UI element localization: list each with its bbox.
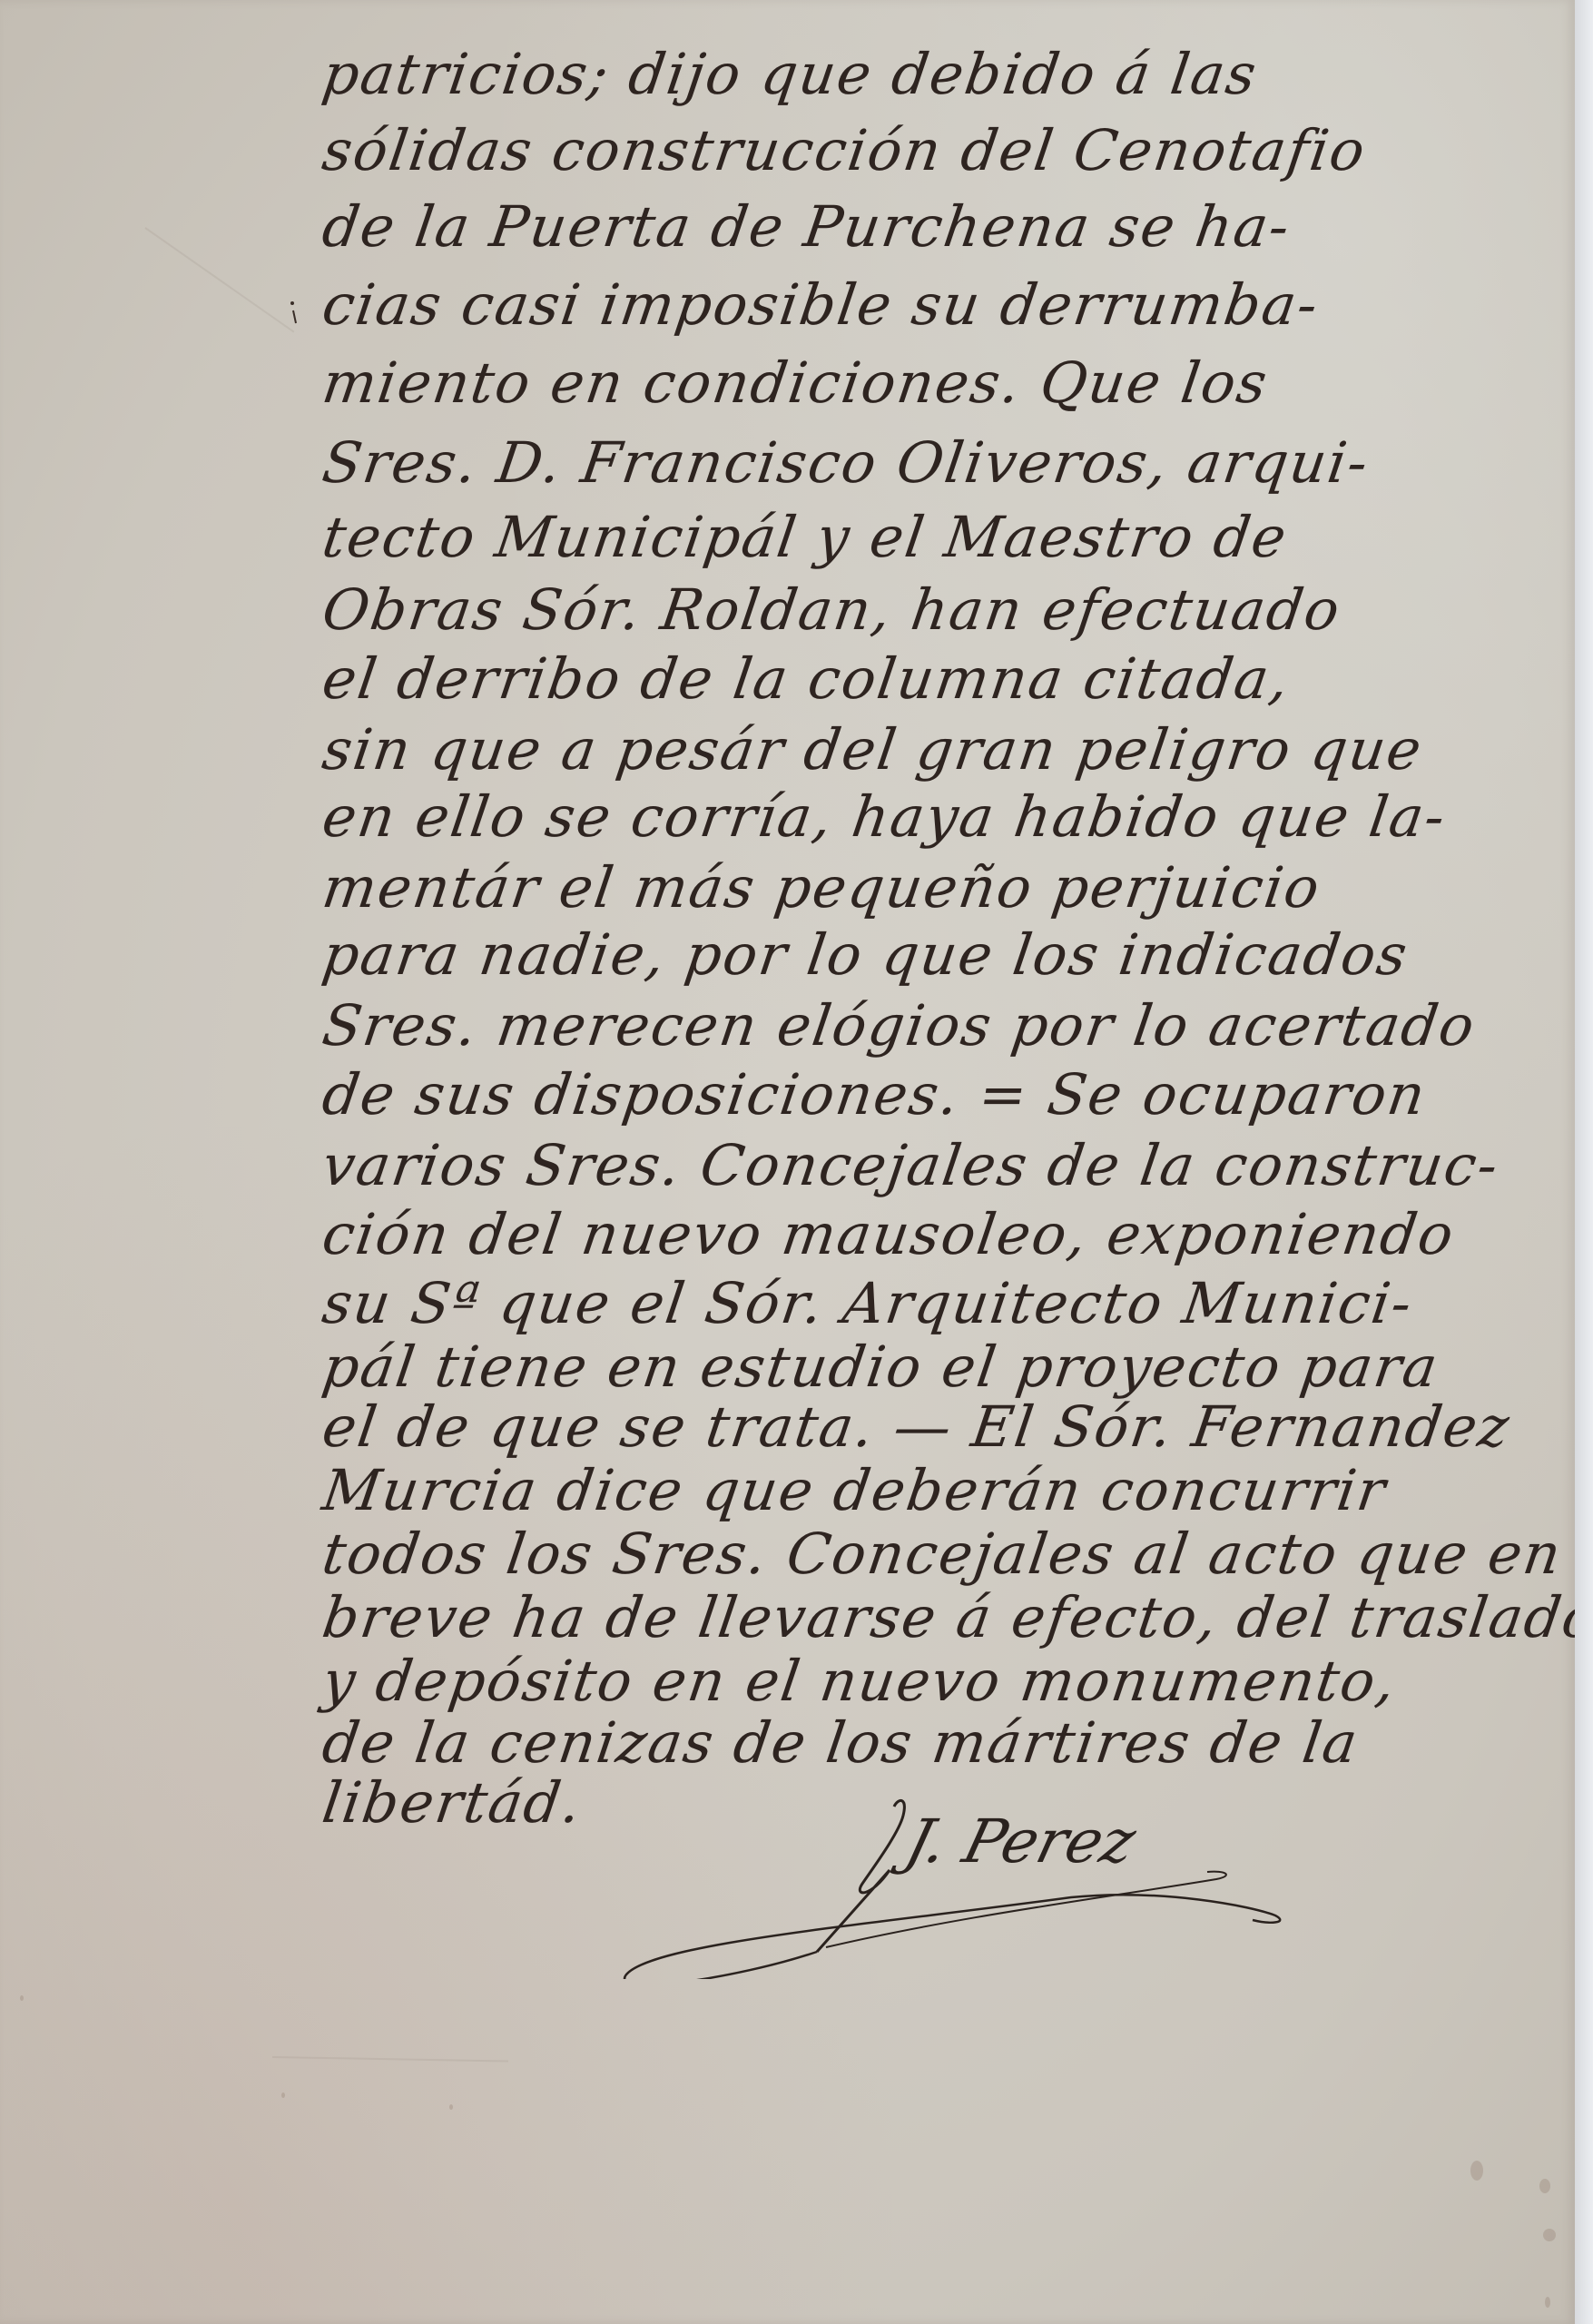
paper-stain [1543,2229,1556,2241]
text-line: Obras Sór. Roldan, han efectuado [318,572,1346,648]
margin-ink-mark [289,300,300,336]
paper-stain [1545,2297,1550,2308]
text-line: sólidas construcción del Cenotafio [318,113,1372,189]
manuscript-page: patricios; dijo que debido á las sólidas… [0,0,1575,2324]
text-line: ción del nuevo mausoleo, exponiendo [318,1196,1460,1273]
text-line: el derribo de la columna citada, [318,641,1295,717]
paper-stain [281,2093,285,2098]
text-line: Sres. D. Francisco Oliveros, arqui- [318,425,1374,501]
text-line: varios Sres. Concejales de la construc- [318,1128,1504,1204]
paper-stain [20,1995,24,2001]
paper-crease [272,2056,508,2063]
text-line: de la Puerta de Purchena se ha- [318,189,1295,265]
paper-stain [1539,2179,1550,2193]
signature-name: J. Perez [899,1807,1142,1876]
text-line: miento en condiciones. Que los [318,345,1273,421]
text-line: para nadie, por lo que los indicados [318,917,1413,993]
paper-crease [144,227,294,332]
signature: J. Perez [599,1770,1325,1979]
paper-stain [449,2104,453,2110]
text-line: libertád. [318,1765,587,1841]
text-line: cias casi imposible su derrumba- [318,267,1324,343]
text-line: Sres. merecen elógios por lo acertado [318,988,1480,1064]
text-line: sin que a pesár del gran peligro que [318,712,1428,788]
text-line: mentár el más pequeño perjuicio [318,850,1325,926]
text-line: tecto Municipál y el Maestro de [318,499,1293,576]
text-line: patricios; dijo que debido á las [318,36,1263,113]
background-edge [1575,0,1593,2324]
paper-stain [1470,2161,1483,2181]
text-line: de sus disposiciones. = Se ocuparon [318,1057,1431,1133]
text-line: en ello se corría, haya habido que la- [318,779,1451,855]
